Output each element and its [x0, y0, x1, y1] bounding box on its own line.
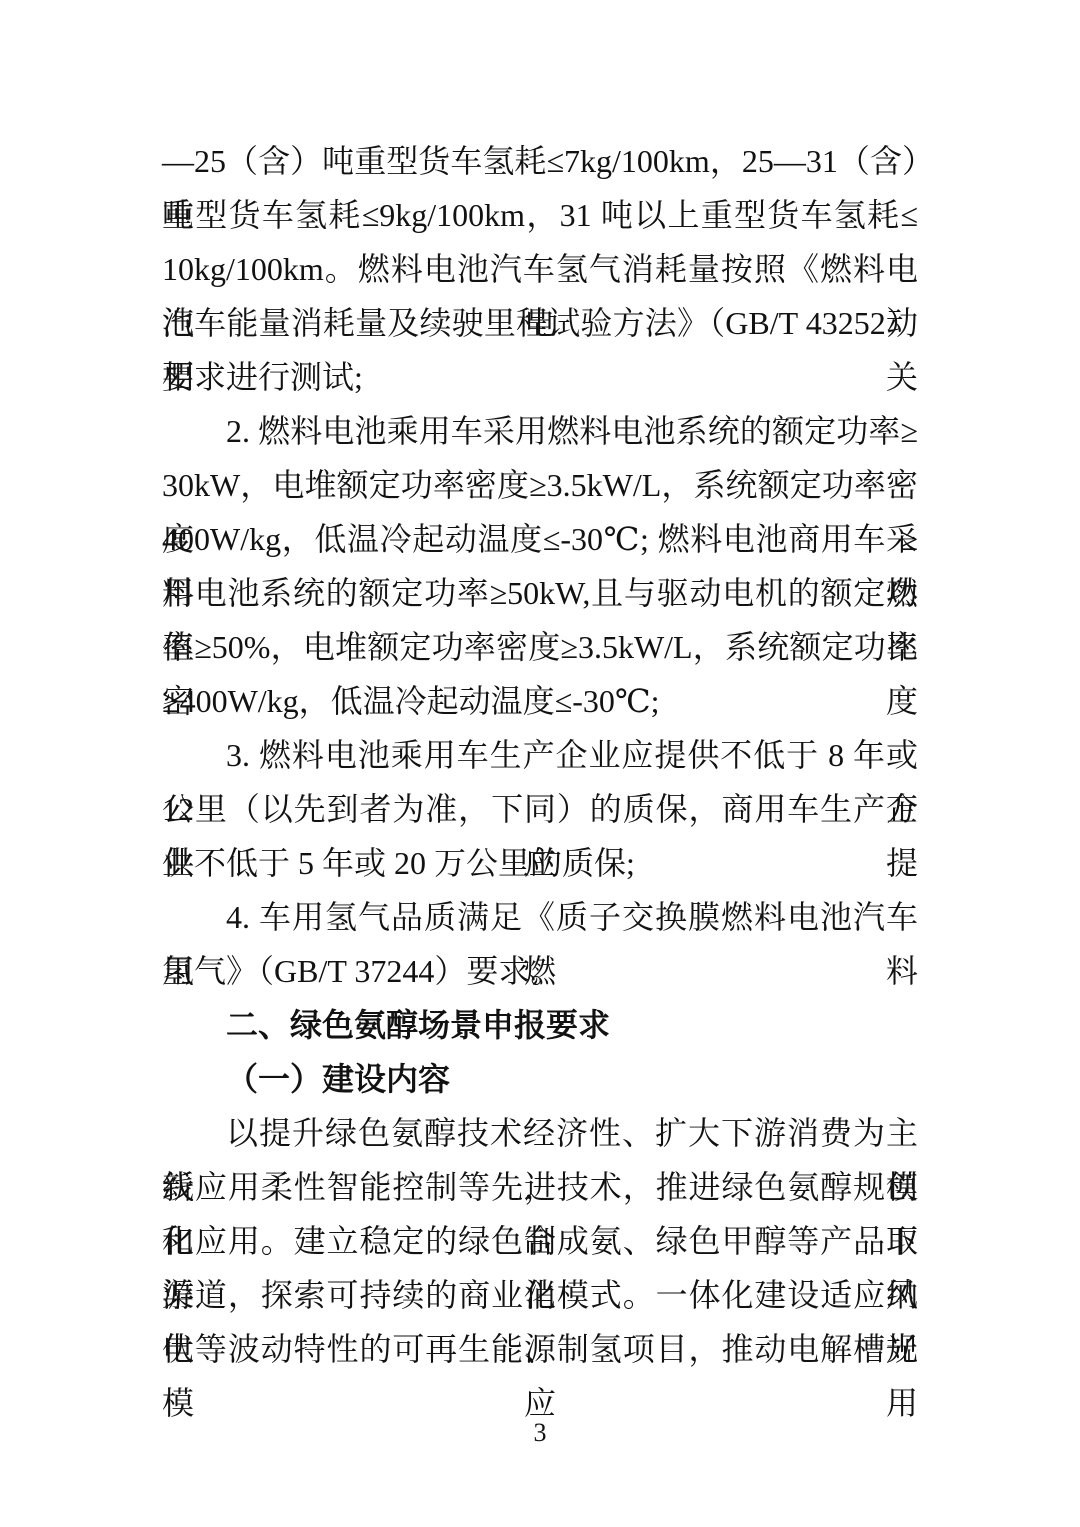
text-line: 10kg/100km。燃料电池汽车氢气消耗量按照《燃料电池电动	[162, 242, 918, 296]
text-line: 重型货车氢耗≤9kg/100km，31 吨以上重型货车氢耗≤	[162, 188, 918, 242]
document-page: —25（含）吨重型货车氢耗≤7kg/100km，25—31（含）吨重型货车氢耗≤…	[0, 0, 1080, 1527]
text-line: 料电池系统的额定功率≥50kW,且与驱动电机的额定功率比	[162, 566, 918, 620]
text-line: —25（含）吨重型货车氢耗≤7kg/100km，25—31（含）吨	[162, 134, 918, 188]
subsection-heading: （一）建设内容	[162, 1052, 918, 1106]
text-line: 伏等波动特性的可再生能源制氢项目，推动电解槽规模应用	[162, 1322, 918, 1376]
text-line: 汽车能量消耗量及续驶里程试验方法》（GB/T 43252）相关	[162, 296, 918, 350]
text-line: 2. 燃料电池乘用车采用燃料电池系统的额定功率≥	[162, 404, 918, 458]
page-body: —25（含）吨重型货车氢耗≤7kg/100km，25—31（含）吨重型货车氢耗≤…	[0, 0, 1080, 1376]
text-line: 新应用柔性智能控制等先进技术，推进绿色氨醇规模化制取	[162, 1160, 918, 1214]
text-line: 以提升绿色氨醇技术经济性、扩大下游消费为主线，创	[162, 1106, 918, 1160]
text-line: 和应用。建立稳定的绿色合成氨、绿色甲醇等产品下游消纳	[162, 1214, 918, 1268]
text-line: 400W/kg，低温冷起动温度≤-30℃; 燃料电池商用车采用燃	[162, 512, 918, 566]
section-heading: 二、绿色氨醇场景申报要求	[162, 998, 918, 1052]
text-line: 4. 车用氢气品质满足《质子交换膜燃料电池汽车用燃料	[162, 890, 918, 944]
text-line: 3. 燃料电池乘用车生产企业应提供不低于 8 年或 12 万	[162, 728, 918, 782]
text-line: 渠道，探索可持续的商业化模式。一体化建设适应风电、光	[162, 1268, 918, 1322]
text-line: 公里（以先到者为准，下同）的质保，商用车生产企业应提	[162, 782, 918, 836]
text-line: 值≥50%，电堆额定功率密度≥3.5kW/L，系统额定功率密度	[162, 620, 918, 674]
text-line: 30kW，电堆额定功率密度≥3.5kW/L，系统额定功率密度≥	[162, 458, 918, 512]
